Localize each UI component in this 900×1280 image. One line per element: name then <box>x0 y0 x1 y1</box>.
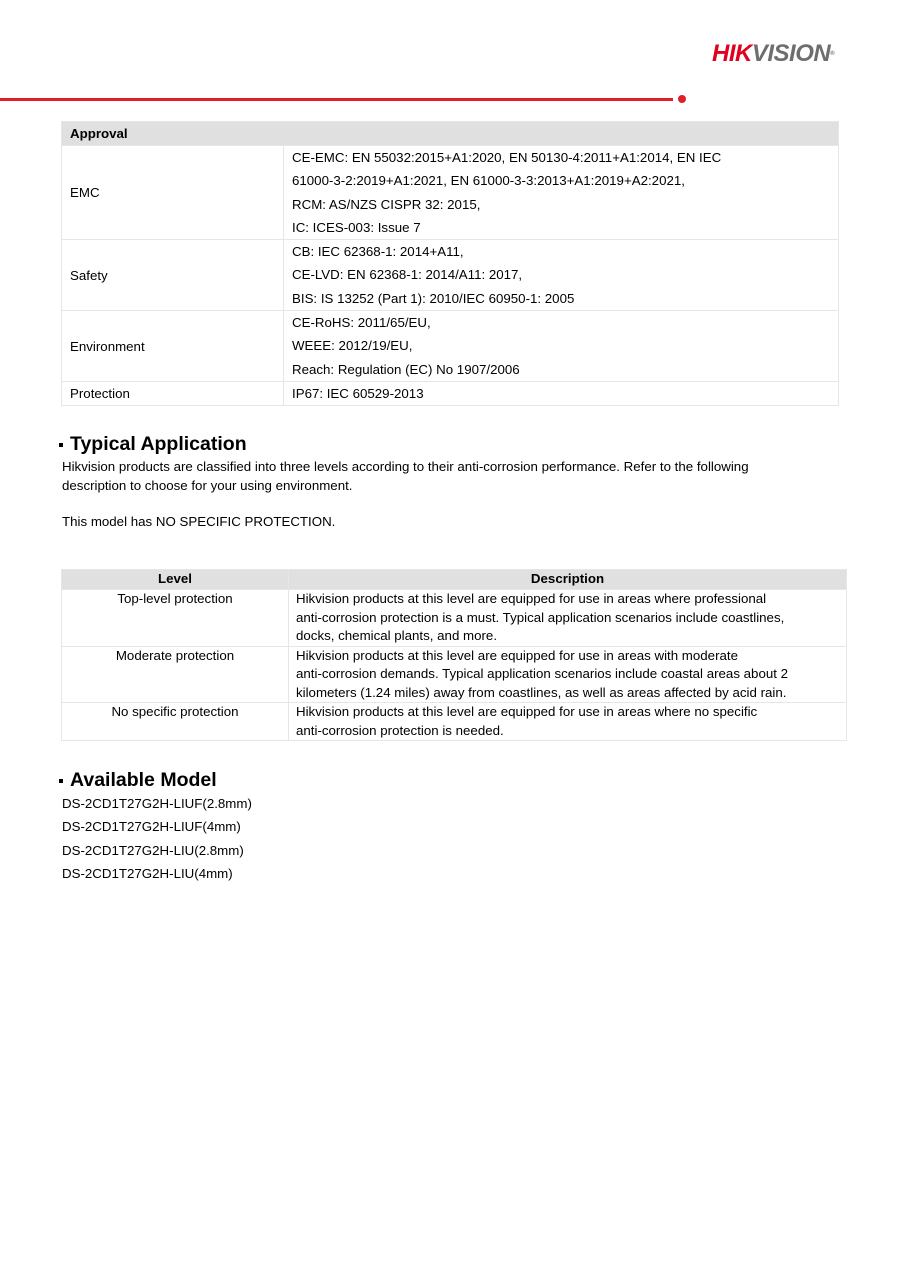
available-model-heading: Available Model <box>59 768 217 792</box>
level-cell: Top-level protection <box>62 590 289 647</box>
list-item: DS-2CD1T27G2H-LIUF(4mm) <box>62 815 252 838</box>
description-line: Hikvision products at this level are equ… <box>296 590 838 609</box>
level-cell: Moderate protection <box>62 646 289 703</box>
description-line: docks, chemical plants, and more. <box>296 627 838 646</box>
approval-value-safety: CB: IEC 62368-1: 2014+A11, CE-LVD: EN 62… <box>284 240 839 311</box>
approval-value-line: BIS: IS 13252 (Part 1): 2010/IEC 60950-1… <box>292 287 830 310</box>
approval-value-line: CE-LVD: EN 62368-1: 2014/A11: 2017, <box>292 263 830 286</box>
table-row: Safety CB: IEC 62368-1: 2014+A11, CE-LVD… <box>62 240 839 311</box>
table-row: No specific protection Hikvision product… <box>62 703 847 741</box>
table-row: Protection IP67: IEC 60529-2013 <box>62 381 839 405</box>
table-row: EMC CE-EMC: EN 55032:2015+A1:2020, EN 50… <box>62 146 839 240</box>
approval-label-safety: Safety <box>62 240 284 311</box>
description-line: kilometers (1.24 miles) away from coastl… <box>296 684 838 703</box>
typical-application-heading: Typical Application <box>59 432 247 456</box>
logo-prefix: HIK <box>712 40 752 67</box>
table-row: Top-level protection Hikvision products … <box>62 590 847 647</box>
description-line: anti-corrosion protection is needed. <box>296 722 838 741</box>
registered-mark: ® <box>830 51 834 57</box>
approval-label-emc: EMC <box>62 146 284 240</box>
table-row: Environment CE-RoHS: 2011/65/EU, WEEE: 2… <box>62 311 839 382</box>
approval-label-protection: Protection <box>62 381 284 405</box>
header-divider <box>0 98 673 101</box>
level-cell: No specific protection <box>62 703 289 741</box>
description-line: anti-corrosion protection is a must. Typ… <box>296 609 838 628</box>
description-line: anti-corrosion demands. Typical applicat… <box>296 665 838 684</box>
description-cell: Hikvision products at this level are equ… <box>289 646 847 703</box>
datasheet-page: HIKVISION® Approval EMC CE-EMC: EN 55032… <box>0 0 900 1280</box>
typical-application-intro: Hikvision products are classified into t… <box>62 457 852 495</box>
logo-suffix: VISION <box>752 40 830 67</box>
approval-table-title: Approval <box>62 122 839 146</box>
approval-value-line: RCM: AS/NZS CISPR 32: 2015, <box>292 193 830 216</box>
protection-levels-table: Level Description Top-level protection H… <box>61 569 847 741</box>
description-cell: Hikvision products at this level are equ… <box>289 590 847 647</box>
description-line: Hikvision products at this level are equ… <box>296 647 838 666</box>
bullet-icon <box>59 779 63 783</box>
list-item: DS-2CD1T27G2H-LIU(2.8mm) <box>62 839 252 862</box>
description-line: Hikvision products at this level are equ… <box>296 703 838 722</box>
hikvision-logo: HIKVISION® <box>712 41 834 67</box>
approval-value-line: IP67: IEC 60529-2013 <box>292 382 830 405</box>
table-row: Moderate protection Hikvision products a… <box>62 646 847 703</box>
section-title: Available Model <box>70 768 217 792</box>
bullet-icon <box>59 443 63 447</box>
list-item: DS-2CD1T27G2H-LIUF(2.8mm) <box>62 792 252 815</box>
approval-value-emc: CE-EMC: EN 55032:2015+A1:2020, EN 50130-… <box>284 146 839 240</box>
section-title: Typical Application <box>70 432 247 456</box>
description-cell: Hikvision products at this level are equ… <box>289 703 847 741</box>
model-protection-note: This model has NO SPECIFIC PROTECTION. <box>62 512 852 531</box>
approval-label-environment: Environment <box>62 311 284 382</box>
approval-value-line: 61000-3-2:2019+A1:2021, EN 61000-3-3:201… <box>292 169 830 192</box>
model-list: DS-2CD1T27G2H-LIUF(2.8mm) DS-2CD1T27G2H-… <box>62 792 252 885</box>
approval-table: Approval EMC CE-EMC: EN 55032:2015+A1:20… <box>61 121 839 406</box>
approval-value-environment: CE-RoHS: 2011/65/EU, WEEE: 2012/19/EU, R… <box>284 311 839 382</box>
intro-line: description to choose for your using env… <box>62 476 852 495</box>
list-item: DS-2CD1T27G2H-LIU(4mm) <box>62 862 252 885</box>
intro-line: Hikvision products are classified into t… <box>62 457 852 476</box>
approval-value-line: WEEE: 2012/19/EU, <box>292 334 830 357</box>
approval-value-line: CE-RoHS: 2011/65/EU, <box>292 311 830 334</box>
column-header-level: Level <box>62 570 289 590</box>
approval-value-line: CB: IEC 62368-1: 2014+A11, <box>292 240 830 263</box>
approval-value-line: Reach: Regulation (EC) No 1907/2006 <box>292 358 830 381</box>
column-header-description: Description <box>289 570 847 590</box>
header-divider-dot <box>678 95 686 103</box>
approval-value-line: CE-EMC: EN 55032:2015+A1:2020, EN 50130-… <box>292 146 830 169</box>
approval-value-protection: IP67: IEC 60529-2013 <box>284 381 839 405</box>
approval-value-line: IC: ICES-003: Issue 7 <box>292 216 830 239</box>
